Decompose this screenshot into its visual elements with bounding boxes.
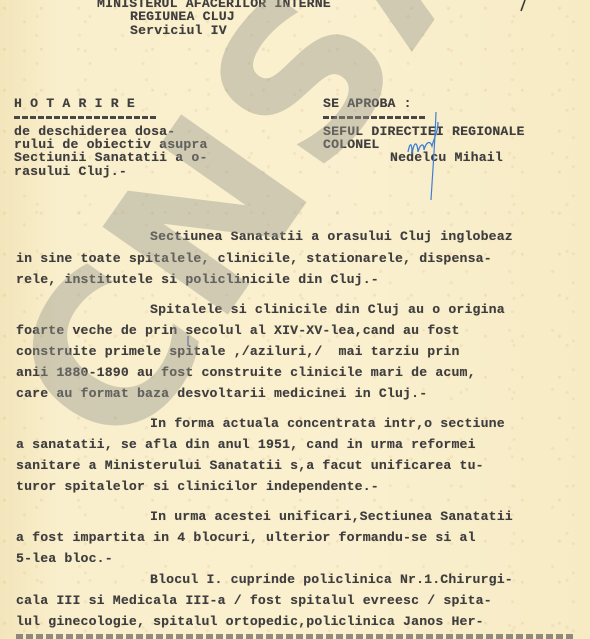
service-header: Serviciul IV (130, 24, 227, 38)
body-line: care au format baza desvoltarii medicine… (16, 387, 427, 401)
body-line: sanitare a Ministerului Sanatatii s,a fa… (16, 459, 484, 473)
body-line: rele, institutele si policlinicile din C… (16, 273, 379, 287)
decision-line: rasului Cluj.- (14, 165, 127, 179)
body-line: In urma acestei unificari,Sectiunea Sana… (150, 510, 513, 524)
body-line: Blocul I. cuprinde policlinica Nr.1.Chir… (150, 573, 513, 587)
document-page: MINISTERUL AFACERILOR INTERNE REGIUNEA C… (0, 0, 590, 639)
cut-off-text-line (16, 634, 576, 639)
body-line: cala III si Medicala III-a / fost spital… (16, 594, 492, 608)
decision-line: Sectiunii Sanatatii a o- (14, 151, 208, 165)
decision-title: H O T A R I R E (14, 97, 135, 111)
body-line: in sine toate spitalele, clinicile, stat… (16, 252, 492, 266)
body-line: lul ginecologie, spitalul ortopedic,poli… (16, 615, 484, 629)
body-line: construite primele spitale ,/aziluri,/ m… (16, 345, 460, 359)
decision-title-underline (14, 116, 156, 119)
region-header: REGIUNEA CLUJ (130, 10, 235, 24)
approval-title-underline (323, 116, 427, 119)
body-line: a sanatatii, se afla din anul 1951, cand… (16, 438, 476, 452)
approver-name: Nedelcu Mihail (390, 151, 503, 165)
approval-title: SE APROBA : (323, 97, 412, 111)
pen-mark-icon (518, 0, 528, 12)
pen-tick-icon (186, 336, 190, 346)
body-line: a fost impartita in 4 blocuri, ulterior … (16, 531, 476, 545)
body-line: 5-lea bloc.- (16, 552, 113, 566)
approval-line: COLONEL (323, 138, 379, 152)
body-line: Sectiunea Sanatatii a orasului Cluj ingl… (150, 230, 513, 244)
body-line: turor spitalelor si clinicilor independe… (16, 480, 379, 494)
body-line: Spitalele si clinicile din Cluj au o ori… (150, 303, 505, 317)
body-line: foarte veche de prin secolul al XIV-XV-l… (16, 324, 460, 338)
body-line: anii 1880-1890 au fost construite clinic… (16, 366, 476, 380)
body-line: In forma actuala concentrata intr,o sect… (150, 417, 505, 431)
